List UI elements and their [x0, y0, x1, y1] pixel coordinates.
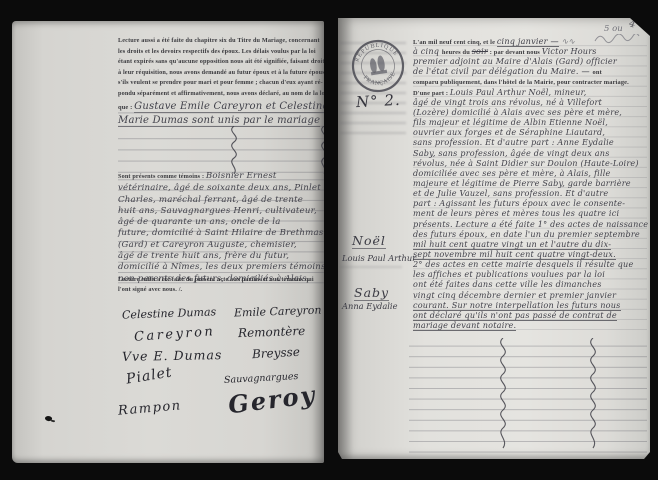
- text-line: à leur réquisition, nous avons demandé a…: [118, 68, 324, 79]
- text-segment: comparu publiquement, dans l'hôtel de la…: [413, 79, 629, 86]
- signature: Geroy: [227, 380, 318, 420]
- text-segment: ouvrier aux forges et de Séraphine Liaut…: [413, 127, 605, 137]
- text-segment: premier adjoint au Maire d'Alais (Gard) …: [413, 56, 617, 66]
- text-segment: (Lozère) domicilié à Alais avec ses père…: [413, 107, 622, 117]
- text-line: (Lozère) domicilié à Alais avec ses père…: [413, 107, 647, 117]
- text-line: âgé de trente huit ans, frère du futur,: [118, 250, 324, 261]
- cancelled-blank-lines: [118, 128, 324, 173]
- text-line: les droits et les devoirs respectifs des…: [118, 47, 324, 58]
- signature: Careyron: [134, 324, 216, 345]
- text-segment: vingt cinq décembre dernier et premier j…: [413, 290, 616, 300]
- text-line: les affiches et publications voulues par…: [413, 269, 647, 279]
- text-line: comparu publiquement, dans l'hôtel de la…: [413, 77, 647, 87]
- text-line: Lecture enfin a été faite du présent act…: [118, 275, 324, 285]
- text-segment: des futurs époux, en date l'un du premie…: [413, 229, 640, 239]
- text-line: ont été faites dans cette ville les dima…: [413, 279, 647, 289]
- text-line: pondu séparément et affirmativement, nou…: [118, 89, 324, 100]
- text-line: sans profession. Et d'autre part : Anne …: [413, 137, 647, 147]
- text-line: et de Julie Vauzel, sans profession. Et …: [413, 188, 647, 198]
- text-line: à cinq heures du soir : par devant nous …: [413, 46, 647, 56]
- cancellation-squiggle-icon: [585, 338, 601, 452]
- text-line: s'ils veulent se prendre pour mari et po…: [118, 78, 324, 89]
- text-line: ouvrier aux forges et de Séraphine Liaut…: [413, 127, 647, 137]
- signature: Remontère: [238, 324, 306, 340]
- text-line: fils majeur et légitime de Albin Etienne…: [413, 117, 647, 127]
- pencil-annotation: 5 ou: [604, 24, 623, 34]
- text-segment: vétérinaire, âgé de soixante deux ans, P…: [118, 183, 321, 193]
- text-segment: D'une part :: [413, 90, 450, 97]
- text-segment: âgé de trente huit ans, frère du futur,: [118, 251, 289, 261]
- text-line: courant. Sur notre interpellation les fu…: [413, 300, 647, 310]
- text-segment: à cinq: [413, 46, 442, 56]
- text-segment: âgé de quarante un ans, oncle de la: [118, 217, 281, 227]
- text-line: (Gard) et Careyron Auguste, chemisier,: [118, 239, 324, 250]
- text-segment: Saby, sans profession, âgée de vingt deu…: [413, 148, 610, 158]
- blank-ruled-lines: [409, 336, 647, 454]
- text-line: Sont présents comme témoins : Boisnier E…: [118, 170, 324, 182]
- signature: Pialet: [125, 364, 174, 387]
- text-line: âgé de vingt trois ans révolus, né à Vil…: [413, 97, 647, 107]
- printed-closing-formula: Lecture enfin a été faite du présent act…: [118, 275, 324, 294]
- text-segment: majeure et légitime de Pierre Saby, gard…: [413, 178, 631, 188]
- text-line: ment de leurs pères et mères tous les qu…: [413, 208, 647, 218]
- text-line: étant expirés sans qu'aucune opposition …: [118, 57, 324, 68]
- text-segment: soir: [472, 46, 488, 56]
- text-segment: domicilié à Nîmes, les deux premiers tém…: [118, 262, 324, 272]
- text-segment: Marie Dumas sont unis par le mariage: [118, 115, 320, 127]
- text-segment: Charles, maréchal ferrant, âgé de trente: [118, 195, 303, 205]
- text-line: Charles, maréchal ferrant, âgé de trente: [118, 194, 324, 205]
- text-segment: Louis Paul Arthur Noël, mineur,: [450, 87, 587, 97]
- text-line: sept novembre mil huit cent quatre vingt…: [413, 249, 647, 259]
- text-line: mil huit cent quatre vingt un et l'autre…: [413, 239, 647, 249]
- text-segment: que :: [118, 104, 134, 111]
- text-segment: future, domicilié à Saint Hilaire de Bre…: [118, 228, 323, 238]
- text-line: ont déclaré qu'ils n'ont pas passé de co…: [413, 310, 647, 320]
- text-line: majeure et légitime de Pierre Saby, gard…: [413, 178, 647, 188]
- text-segment: fils majeur et légitime de Albin Etienne…: [413, 117, 608, 127]
- text-line: part : Agissant les futurs époux avec le…: [413, 198, 647, 208]
- text-segment: révolus, née à Saint Didier sur Doulon (…: [413, 158, 639, 168]
- margin-name-groom: Noël: [352, 230, 386, 249]
- text-segment: : par devant nous: [488, 49, 542, 56]
- text-segment: ∿∿: [559, 36, 575, 46]
- text-line: l'ont signé avec nous. /.: [118, 285, 324, 295]
- text-segment: huit ans, Sauvagnargues Henri, cultivate…: [118, 206, 317, 216]
- text-segment: heures du: [442, 49, 472, 56]
- text-segment: l'ont signé avec nous. /.: [118, 286, 182, 293]
- text-segment: et de Julie Vauzel, sans profession. Et …: [413, 188, 608, 198]
- margin-name-bride: Saby: [354, 282, 389, 301]
- text-segment: Victor Hours: [542, 46, 597, 56]
- text-segment: sans profession. Et d'autre part : Anne …: [413, 137, 614, 147]
- bride-surname: Saby: [354, 285, 389, 301]
- cancellation-squiggle-icon: [226, 126, 242, 176]
- act-entry-number: N° 2.: [356, 91, 402, 111]
- cancellation-squiggle-icon: [495, 338, 511, 452]
- signature: Emile Careyron: [234, 303, 322, 319]
- text-segment: de l'état civil par délégation du Maire.…: [413, 66, 593, 76]
- text-segment: présents. Lecture a été faite 1° des act…: [413, 219, 648, 229]
- text-segment: part : Agissant les futurs époux avec le…: [413, 198, 625, 208]
- text-segment: L'an mil neuf cent cinq, et le: [413, 39, 497, 46]
- cancellation-squiggle-icon: [316, 126, 324, 176]
- text-line: L'an mil neuf cent cinq, et le cinq janv…: [413, 36, 647, 46]
- text-line: domiciliée avec ses père et mère, à Alai…: [413, 168, 647, 178]
- text-segment: ment de leurs pères et mères tous les qu…: [413, 208, 619, 218]
- text-segment: âgé de vingt trois ans révolus, né à Vil…: [413, 97, 602, 107]
- text-segment: 2° des actes en cette mairie desquels il…: [413, 259, 633, 269]
- text-segment: ont: [593, 69, 602, 76]
- text-segment: s'ils veulent se prendre pour mari et po…: [118, 79, 323, 86]
- text-line: révolus, née à Saint Didier sur Doulon (…: [413, 158, 647, 168]
- republique-francaise-stamp-icon: RÉPUBLIQUE FRANÇAISE: [347, 35, 409, 97]
- text-segment: Lecture aussi a été faite du chapitre si…: [118, 37, 320, 44]
- text-line: premier adjoint au Maire d'Alais (Gard) …: [413, 56, 647, 66]
- text-segment: pondu séparément et affirmativement, nou…: [118, 90, 324, 97]
- text-segment: les droits et les devoirs respectifs des…: [118, 48, 316, 55]
- marriage-declaration-handwriting: que : Gustave Emile Careyron et Celestin…: [118, 100, 324, 128]
- ink-blot: [44, 415, 52, 422]
- text-line: huit ans, Sauvagnargues Henri, cultivate…: [118, 205, 324, 216]
- text-segment: ont été faites dans cette ville les dima…: [413, 279, 602, 289]
- text-segment: Gustave Emile Careyron et Celestine: [134, 101, 324, 113]
- text-line: des futurs époux, en date l'un du premie…: [413, 229, 647, 239]
- pencil-page-number: 4: [628, 18, 637, 30]
- text-line: 2° des actes en cette mairie desquels il…: [413, 259, 647, 269]
- text-line: Saby, sans profession, âgée de vingt deu…: [413, 148, 647, 158]
- act-body-handwriting: L'an mil neuf cent cinq, et le cinq janv…: [413, 36, 647, 330]
- text-segment: Boisnier Ernest: [206, 171, 277, 181]
- text-line: D'une part : Louis Paul Arthur Noël, min…: [413, 87, 647, 97]
- text-segment: mariage devant notaire.: [413, 320, 516, 331]
- groom-surname: Noël: [352, 233, 386, 249]
- text-line: que : Gustave Emile Careyron et Celestin…: [118, 100, 324, 114]
- signature: Celestine Dumas: [122, 305, 217, 321]
- text-segment: les affiches et publications voulues par…: [413, 269, 605, 279]
- signature: Rampon: [117, 398, 182, 418]
- signature: Vve E. Dumas: [122, 347, 223, 364]
- printed-intro-paragraph: Lecture aussi a été faite du chapitre si…: [118, 36, 324, 100]
- text-line: Marie Dumas sont unis par le mariage: [118, 114, 324, 127]
- text-line: domicilié à Nîmes, les deux premiers tém…: [118, 261, 324, 272]
- text-segment: domiciliée avec ses père et mère, à Alai…: [413, 168, 611, 178]
- register-right-page: 4 5 ou RÉPUBLIQUE FRANÇAISE N° 2. Noël L…: [338, 18, 650, 459]
- text-line: présents. Lecture a été faite 1° des act…: [413, 219, 647, 229]
- text-segment: étant expirés sans qu'aucune opposition …: [118, 58, 324, 65]
- margin-given-names-groom: Louis Paul Arthur: [342, 253, 416, 263]
- signature: Breysse: [252, 345, 301, 361]
- margin-given-names-bride: Anna Eydalie: [342, 301, 397, 311]
- text-segment: à leur réquisition, nous avons demandé a…: [118, 69, 324, 76]
- text-segment: Sont présents comme témoins :: [118, 173, 206, 180]
- text-line: vingt cinq décembre dernier et premier j…: [413, 290, 647, 300]
- text-line: vétérinaire, âgé de soixante deux ans, P…: [118, 182, 324, 193]
- register-left-page: Lecture aussi a été faite du chapitre si…: [12, 21, 324, 463]
- text-line: future, domicilié à Saint Hilaire de Bre…: [118, 227, 324, 238]
- text-line: mariage devant notaire.: [413, 320, 647, 330]
- text-line: Lecture aussi a été faite du chapitre si…: [118, 36, 324, 47]
- text-segment: (Gard) et Careyron Auguste, chemisier,: [118, 240, 297, 250]
- text-line: de l'état civil par délégation du Maire.…: [413, 66, 647, 76]
- ink-bleed-through: [340, 262, 402, 276]
- text-line: âgé de quarante un ans, oncle de la: [118, 216, 324, 227]
- text-segment: Lecture enfin a été faite du présent act…: [118, 276, 314, 283]
- svg-text:RÉPUBLIQUE: RÉPUBLIQUE: [352, 40, 399, 64]
- witnesses-paragraph: Sont présents comme témoins : Boisnier E…: [118, 170, 324, 284]
